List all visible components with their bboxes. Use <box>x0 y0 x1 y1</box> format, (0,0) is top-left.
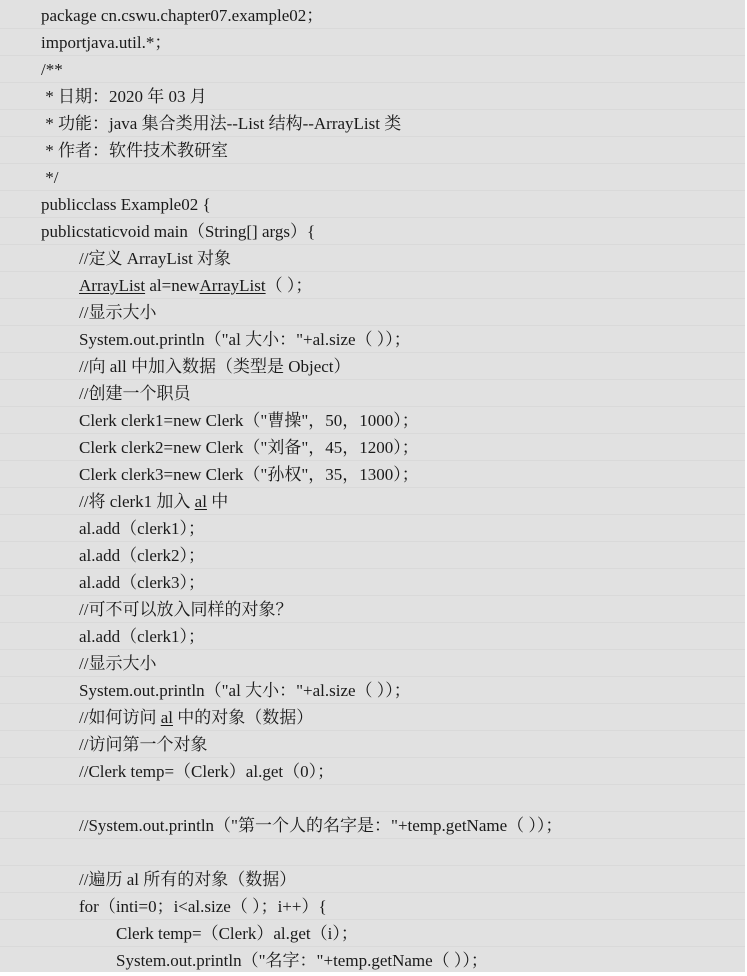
code-line: al.add（clerk1）； <box>0 623 745 650</box>
code-line: //如何访问 al 中的对象（数据） <box>0 704 745 731</box>
code-line-text: System.out.println（"al 大小："+al.size（ ））； <box>79 677 411 704</box>
code-line: ArrayList al=newArrayList（ ）； <box>0 272 745 299</box>
code-line: publicstaticvoid main（String[] args）{ <box>0 218 745 245</box>
code-line-text: //将 clerk1 加入 al 中 <box>79 488 228 515</box>
code-text-segment: //创建一个职员 <box>79 384 190 403</box>
code-text-segment: 中的对象（数据） <box>173 708 313 727</box>
code-line-text: //定义 ArrayList 对象 <box>79 245 231 272</box>
code-text-segment: （ ）； <box>266 276 313 295</box>
code-line: * 日期：2020 年 03 月 <box>0 83 745 110</box>
code-line: */ <box>0 164 745 191</box>
code-text-segment: System.out.println（"al 大小："+al.size（ ））； <box>79 681 411 700</box>
code-line <box>0 839 745 866</box>
code-text-segment: /** <box>41 60 63 79</box>
code-line-text: Clerk temp=（Clerk）al.get（i）； <box>116 920 358 947</box>
underlined-token: al <box>195 492 207 511</box>
code-line-text: */ <box>41 164 58 191</box>
code-text-segment: */ <box>41 168 58 187</box>
code-line: al.add（clerk2）； <box>0 542 745 569</box>
code-text-segment: //定义 ArrayList 对象 <box>79 249 231 268</box>
code-line-text: /** <box>41 56 63 83</box>
code-text-segment: al.add（clerk1）； <box>79 627 205 646</box>
code-text-segment: //遍历 al 所有的对象（数据） <box>79 870 296 889</box>
code-line-text: ArrayList al=newArrayList（ ）； <box>79 272 312 299</box>
code-line-text: * 日期：2020 年 03 月 <box>41 83 207 110</box>
code-text-segment: //Clerk temp=（Clerk）al.get（0）； <box>79 762 334 781</box>
code-line: System.out.println（"al 大小："+al.size（ ））； <box>0 326 745 353</box>
code-text-segment: //显示大小 <box>79 654 156 673</box>
code-line-text: //可不可以放入同样的对象？ <box>79 596 292 623</box>
underlined-token: al <box>161 708 173 727</box>
code-text-segment: al.add（clerk1）； <box>79 519 205 538</box>
code-text-segment: Clerk temp=（Clerk）al.get（i）； <box>116 924 358 943</box>
code-line: Clerk clerk2=new Clerk（"刘备"，45，1200）； <box>0 434 745 461</box>
code-line-text: * 功能：java 集合类用法--List 结构--ArrayList 类 <box>41 110 401 137</box>
code-line-text: System.out.println（"al 大小："+al.size（ ））； <box>79 326 411 353</box>
code-text-segment: for（inti=0；i<al.size（ ）；i++）{ <box>79 897 327 916</box>
code-text-segment: //System.out.println（"第一个人的名字是："+temp.ge… <box>79 816 562 835</box>
code-line-text: for（inti=0；i<al.size（ ）；i++）{ <box>79 893 327 920</box>
code-line: //将 clerk1 加入 al 中 <box>0 488 745 515</box>
code-text-segment: //向 all 中加入数据（类型是 Object） <box>79 357 351 376</box>
code-line-text: //创建一个职员 <box>79 380 190 407</box>
code-text-segment: publicclass Example02 { <box>41 195 211 214</box>
code-line: al.add（clerk3）； <box>0 569 745 596</box>
code-line: //显示大小 <box>0 650 745 677</box>
code-text-segment: al=new <box>145 276 199 295</box>
code-text-segment: * 作者：软件技术教研室 <box>41 141 228 160</box>
code-line-text: Clerk clerk1=new Clerk（"曹操"，50，1000）； <box>79 407 419 434</box>
code-line-text: importjava.util.*； <box>41 29 171 56</box>
code-line: Clerk clerk3=new Clerk（"孙权"，35，1300）； <box>0 461 745 488</box>
code-text-segment: //访问第一个对象 <box>79 735 207 754</box>
code-text-segment: Clerk clerk3=new Clerk（"孙权"，35，1300）； <box>79 465 419 484</box>
code-line: Clerk clerk1=new Clerk（"曹操"，50，1000）； <box>0 407 745 434</box>
code-line-text: //遍历 al 所有的对象（数据） <box>79 866 296 893</box>
code-line: Clerk temp=（Clerk）al.get（i）； <box>0 920 745 947</box>
code-listing-panel: package cn.cswu.chapter07.example02；impo… <box>0 0 745 972</box>
code-text-segment: System.out.println（"名字："+temp.getName（ ）… <box>116 951 488 970</box>
code-line: //创建一个职员 <box>0 380 745 407</box>
code-line: System.out.println（"al 大小："+al.size（ ））； <box>0 677 745 704</box>
code-line-text: publicclass Example02 { <box>41 191 211 218</box>
code-line-text: //System.out.println（"第一个人的名字是："+temp.ge… <box>79 812 562 839</box>
code-line-text: System.out.println（"名字："+temp.getName（ ）… <box>116 947 488 972</box>
code-line: * 功能：java 集合类用法--List 结构--ArrayList 类 <box>0 110 745 137</box>
code-line: package cn.cswu.chapter07.example02； <box>0 2 745 29</box>
code-line-text: publicstaticvoid main（String[] args）{ <box>41 218 315 245</box>
code-text-segment: //可不可以放入同样的对象？ <box>79 600 292 619</box>
underlined-token: ArrayList <box>200 276 266 295</box>
code-text-segment: * 日期：2020 年 03 月 <box>41 87 207 106</box>
code-line-text: al.add（clerk1）； <box>79 623 205 650</box>
code-line: al.add（clerk1）； <box>0 515 745 542</box>
code-text-segment: publicstaticvoid main（String[] args）{ <box>41 222 315 241</box>
code-line-text: //向 all 中加入数据（类型是 Object） <box>79 353 351 380</box>
code-text-segment: 中 <box>207 492 228 511</box>
code-line: * 作者：软件技术教研室 <box>0 137 745 164</box>
code-line-text: //显示大小 <box>79 299 156 326</box>
code-line: for（inti=0；i<al.size（ ）；i++）{ <box>0 893 745 920</box>
code-line-text: Clerk clerk3=new Clerk（"孙权"，35，1300）； <box>79 461 419 488</box>
code-line-text: //显示大小 <box>79 650 156 677</box>
code-line: //System.out.println（"第一个人的名字是："+temp.ge… <box>0 812 745 839</box>
code-text-segment: Clerk clerk1=new Clerk（"曹操"，50，1000）； <box>79 411 419 430</box>
code-line: //可不可以放入同样的对象？ <box>0 596 745 623</box>
code-line: //向 all 中加入数据（类型是 Object） <box>0 353 745 380</box>
code-line-text: al.add（clerk1）； <box>79 515 205 542</box>
code-line: //定义 ArrayList 对象 <box>0 245 745 272</box>
code-line: //访问第一个对象 <box>0 731 745 758</box>
code-line-text: * 作者：软件技术教研室 <box>41 137 228 164</box>
code-line-text: //访问第一个对象 <box>79 731 207 758</box>
code-text-segment: package cn.cswu.chapter07.example02； <box>41 6 323 25</box>
code-line: importjava.util.*； <box>0 29 745 56</box>
code-line: System.out.println（"名字："+temp.getName（ ）… <box>0 947 745 972</box>
code-line-text: Clerk clerk2=new Clerk（"刘备"，45，1200）； <box>79 434 419 461</box>
code-line-text: //如何访问 al 中的对象（数据） <box>79 704 313 731</box>
code-text-segment: System.out.println（"al 大小："+al.size（ ））； <box>79 330 411 349</box>
code-text-segment: //将 clerk1 加入 <box>79 492 195 511</box>
code-line: /** <box>0 56 745 83</box>
code-line: //遍历 al 所有的对象（数据） <box>0 866 745 893</box>
code-line-text: al.add（clerk3）； <box>79 569 205 596</box>
code-line <box>0 785 745 812</box>
code-text-segment: importjava.util.*； <box>41 33 171 52</box>
code-line-text: //Clerk temp=（Clerk）al.get（0）； <box>79 758 334 785</box>
code-text-segment: * 功能：java 集合类用法--List 结构--ArrayList 类 <box>41 114 401 133</box>
code-text-segment: Clerk clerk2=new Clerk（"刘备"，45，1200）； <box>79 438 419 457</box>
code-line-text: al.add（clerk2）； <box>79 542 205 569</box>
code-text-segment: //如何访问 <box>79 708 161 727</box>
code-line: publicclass Example02 { <box>0 191 745 218</box>
code-line: //Clerk temp=（Clerk）al.get（0）； <box>0 758 745 785</box>
code-text-segment: //显示大小 <box>79 303 156 322</box>
code-line-text: package cn.cswu.chapter07.example02； <box>41 2 323 29</box>
code-text-segment: al.add（clerk2）； <box>79 546 205 565</box>
underlined-token: ArrayList <box>79 276 145 295</box>
code-line: //显示大小 <box>0 299 745 326</box>
code-text-segment: al.add（clerk3）； <box>79 573 205 592</box>
